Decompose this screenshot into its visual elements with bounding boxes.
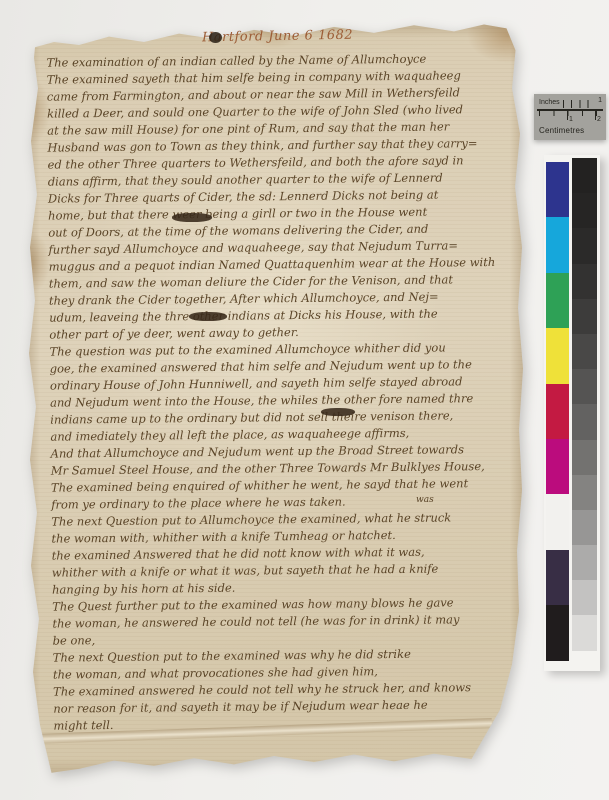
ruler-cm-number: 1	[569, 116, 573, 123]
ruler-inch-mark: 1	[598, 97, 602, 104]
color-patch	[546, 494, 569, 549]
ink-blot	[209, 32, 222, 43]
ruler-cm-number: 2	[597, 116, 601, 123]
grayscale-patch	[572, 264, 597, 299]
color-patch	[546, 273, 569, 328]
ruler-cm-major-tick	[567, 111, 568, 120]
color-calibration-column	[546, 162, 569, 661]
ruler-card: Inches 1 1 2 Centimetres	[534, 94, 606, 140]
grayscale-patch	[572, 580, 597, 615]
ruler-centimetres-label: Centimetres	[539, 126, 606, 135]
ruler-cm-row: 1 2	[537, 111, 603, 126]
ink-blot	[172, 213, 212, 222]
grayscale-patch	[572, 369, 597, 404]
ruler-inches-label: Inches	[539, 99, 560, 106]
manuscript-text: The examination of an indian called by t…	[46, 51, 515, 736]
grayscale-patch	[572, 510, 597, 545]
ruler-inch-ticks	[563, 100, 593, 108]
grayscale-patch	[572, 228, 597, 263]
color-patch	[546, 550, 569, 605]
ruler-cm-major-tick	[595, 111, 596, 120]
ink-blot	[321, 408, 355, 416]
color-patch	[546, 439, 569, 494]
grayscale-patch	[572, 615, 597, 650]
grayscale-patch	[572, 440, 597, 475]
grayscale-patch	[572, 334, 597, 369]
grayscale-patch	[572, 158, 597, 193]
color-patch	[546, 605, 569, 660]
ruler-inches-row: Inches 1	[537, 96, 603, 109]
grayscale-patch	[572, 404, 597, 439]
grayscale-patch	[572, 475, 597, 510]
color-patch	[546, 328, 569, 383]
photo-stage: Hartford June 6 1682 The examination of …	[0, 0, 609, 800]
color-patch	[546, 217, 569, 272]
ink-blot	[189, 312, 227, 321]
color-patch	[546, 162, 569, 217]
grayscale-patch	[572, 193, 597, 228]
page-heading: Hartford June 6 1682	[202, 28, 353, 46]
grayscale-patch	[572, 299, 597, 334]
grayscale-calibration-column	[572, 158, 597, 651]
grayscale-patch	[572, 545, 597, 580]
interline-insertion: was	[416, 495, 434, 505]
color-patch	[546, 384, 569, 439]
